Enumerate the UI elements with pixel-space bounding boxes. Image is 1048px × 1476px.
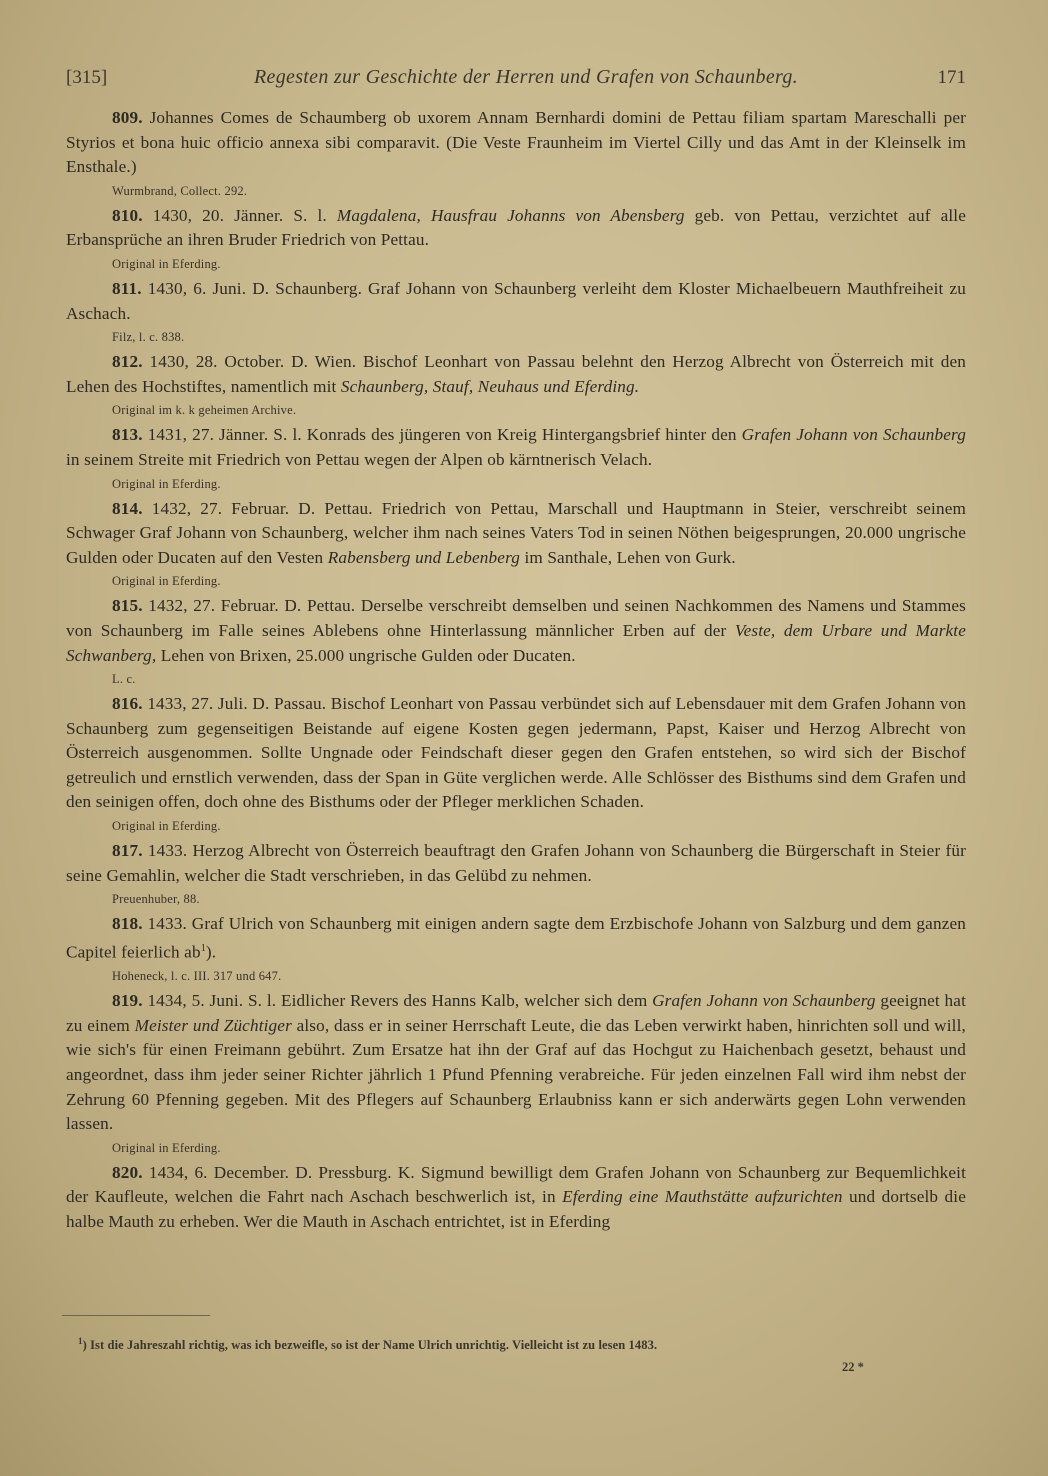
footnote-text: ) Ist die Jahreszahl richtig, was ich be… [83,1338,658,1352]
entry-source: Original in Eferding. [112,815,966,837]
regest-entry: 813. 1431, 27. Jänner. S. l. Konrads des… [66,423,966,494]
entry-source: Wurmbrand, Collect. 292. [112,180,966,202]
signature-mark: 22 * [842,1360,864,1375]
footnote: 1) Ist die Jahreszahl richtig, was ich b… [78,1336,657,1353]
entry-source: L. c. [112,668,966,690]
entry-number: 811. [112,279,142,298]
text-segment: 1430, 6. Juni. D. Schaunberg. Graf Johan… [66,279,966,323]
italic-phrase: Meister und Züchtiger [135,1016,292,1035]
running-title: Regesten zur Geschichte der Herren und G… [146,66,906,89]
regest-entry: 814. 1432, 27. Februar. D. Pettau. Fried… [66,497,966,593]
footnote-divider [62,1315,210,1316]
regest-entry: 812. 1430, 28. October. D. Wien. Bischof… [66,350,966,421]
regest-entry: 809. Johannes Comes de Schaumberg ob uxo… [66,106,966,202]
text-segment: 1430, 20. Jänner. S. l. [153,206,337,225]
italic-phrase: Eferding eine Mauthstätte aufzurichten [562,1187,843,1206]
entry-number: 817. [112,841,143,860]
italic-phrase: Grafen Johann von Schaunberg [742,425,966,444]
document-page: [315] Regesten zur Geschichte der Herren… [66,66,966,1237]
regest-entry: 815. 1432, 27. Februar. D. Pettau. Derse… [66,594,966,690]
running-head: [315] Regesten zur Geschichte der Herren… [66,66,966,106]
text-segment: Lehen von Brixen, 25.000 ungrische Gulde… [156,646,575,665]
italic-phrase: Grafen Johann von Schaunberg [652,991,876,1010]
entry-text: 809. Johannes Comes de Schaumberg ob uxo… [66,106,966,180]
text-segment: ). [206,943,216,962]
entry-source: Preuenhuber, 88. [112,888,966,910]
text-segment: 1434, 5. Juni. S. l. Eidlicher Revers de… [147,991,652,1010]
entry-number: 813. [112,425,143,444]
italic-phrase: Rabensberg und Lebenberg [328,548,520,567]
entry-source: Original im k. k geheimen Archive. [112,399,966,421]
entry-source: Original in Eferding. [112,570,966,592]
entry-source: Hoheneck, l. c. III. 317 und 647. [112,965,966,987]
entry-text: 814. 1432, 27. Februar. D. Pettau. Fried… [66,497,966,571]
entry-number: 809. [112,108,143,127]
entry-text: 820. 1434, 6. December. D. Pressburg. K.… [66,1161,966,1235]
entry-text: 810. 1430, 20. Jänner. S. l. Magdalena, … [66,204,966,253]
entry-text: 816. 1433, 27. Juli. D. Passau. Bischof … [66,692,966,815]
entry-number: 820. [112,1163,143,1182]
text-segment: Johannes Comes de Schaumberg ob uxorem A… [66,108,966,176]
entry-text: 811. 1430, 6. Juni. D. Schaunberg. Graf … [66,277,966,326]
regest-entry: 816. 1433, 27. Juli. D. Passau. Bischof … [66,692,966,837]
page-bracket-number: [315] [66,67,146,89]
entry-text: 819. 1434, 5. Juni. S. l. Eidlicher Reve… [66,989,966,1137]
regest-entry: 818. 1433. Graf Ulrich von Schaunberg mi… [66,912,966,987]
text-segment: 1431, 27. Jänner. S. l. Konrads des jüng… [148,425,742,444]
text-segment: 1433. Herzog Albrecht von Österreich bea… [66,841,966,885]
page-number: 171 [906,67,966,89]
entry-source: Original in Eferding. [112,253,966,275]
text-segment: in seinem Streite mit Friedrich von Pett… [66,450,652,469]
entry-text: 812. 1430, 28. October. D. Wien. Bischof… [66,350,966,399]
entry-number: 814. [112,499,143,518]
regest-entry: 817. 1433. Herzog Albrecht von Österreic… [66,839,966,910]
entry-number: 810. [112,206,143,225]
regest-entry: 819. 1434, 5. Juni. S. l. Eidlicher Reve… [66,989,966,1159]
entry-number: 819. [112,991,143,1010]
entry-text: 817. 1433. Herzog Albrecht von Österreic… [66,839,966,888]
entry-text: 818. 1433. Graf Ulrich von Schaunberg mi… [66,912,966,965]
entry-number: 812. [112,352,143,371]
entry-source: Original in Eferding. [112,1137,966,1159]
entry-source: Original in Eferding. [112,473,966,495]
text-segment: 1433. Graf Ulrich von Schaunberg mit ein… [66,914,966,961]
italic-phrase: Schaunberg, Stauf, Neuhaus und Eferding. [341,377,639,396]
text-segment: im Santhale, Lehen von Gurk. [520,548,736,567]
entry-number: 818. [112,914,143,933]
regest-entry: 820. 1434, 6. December. D. Pressburg. K.… [66,1161,966,1235]
entry-text: 815. 1432, 27. Februar. D. Pettau. Derse… [66,594,966,668]
regest-entry: 810. 1430, 20. Jänner. S. l. Magdalena, … [66,204,966,275]
entry-number: 815. [112,596,143,615]
italic-phrase: Magdalena, Hausfrau Johanns von Abensber… [337,206,685,225]
regesten-entries: 809. Johannes Comes de Schaumberg ob uxo… [66,106,966,1235]
entry-number: 816. [112,694,143,713]
regest-entry: 811. 1430, 6. Juni. D. Schaunberg. Graf … [66,277,966,348]
entry-source: Filz, l. c. 838. [112,326,966,348]
entry-text: 813. 1431, 27. Jänner. S. l. Konrads des… [66,423,966,472]
text-segment: 1433, 27. Juli. D. Passau. Bischof Leonh… [66,694,966,811]
